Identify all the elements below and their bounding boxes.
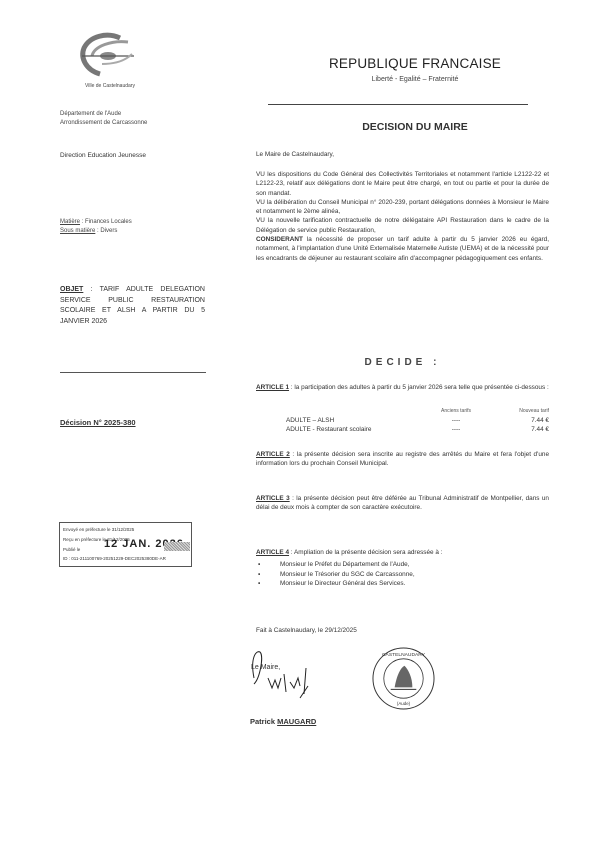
article-4: ARTICLE 4 : Ampliation de la présente dé… xyxy=(256,548,549,557)
list-item: ▪Monsieur le Trésorier du SGC de Carcass… xyxy=(256,570,549,580)
document-title: DECISION DU MAIRE xyxy=(300,121,530,133)
vu-2: VU la délibération du Conseil Municipal … xyxy=(256,198,549,217)
article-2: ARTICLE 2 : la présente décision sera in… xyxy=(256,450,549,469)
tarif-header-old: Anciens tarifs xyxy=(426,408,486,414)
article-2-label: ARTICLE 2 xyxy=(256,451,290,458)
tarif-label: ADULTE - Restaurant scolaire xyxy=(256,426,426,433)
tarif-old: ---- xyxy=(426,417,486,424)
stamp-hatch xyxy=(164,542,190,551)
objet-label: OBJET xyxy=(60,286,83,293)
stamp-id: ID : 011-211100769-20251229-DEC2025380DE… xyxy=(63,554,188,564)
sous-matiere-value: : Divers xyxy=(95,228,117,234)
republic-title: REPUBLIQUE FRANCAISE xyxy=(300,56,530,71)
recipients-list: ▪Monsieur le Préfet du Département de l'… xyxy=(256,560,549,589)
considerations: VU les dispositions du Code Général des … xyxy=(256,170,549,263)
signature-icon xyxy=(248,648,328,708)
svg-text:CASTELNAUDARY: CASTELNAUDARY xyxy=(382,652,426,658)
stamp-sent: Envoyé en préfecture le 31/12/2025 xyxy=(63,525,188,535)
city-logo-icon xyxy=(72,30,142,80)
table-row: ADULTE – ALSH ---- 7.44 € xyxy=(256,416,549,426)
department: Département de l'Aude xyxy=(60,110,147,119)
header-divider xyxy=(268,104,528,105)
bullet-icon: ▪ xyxy=(256,570,280,580)
article-1-text: : la participation des adultes à partir … xyxy=(289,384,549,391)
sous-matiere-label: Sous matière xyxy=(60,228,95,234)
tarif-header-new: Nouveau tarif xyxy=(486,408,549,414)
article-3-label: ARTICLE 3 xyxy=(256,495,290,502)
direction: Direction Education Jeunesse xyxy=(60,152,146,159)
bullet-icon: ▪ xyxy=(256,579,280,589)
bullet-icon: ▪ xyxy=(256,560,280,570)
city-seal-icon: CASTELNAUDARY (Aude) xyxy=(371,646,436,711)
prefecture-stamp: Envoyé en préfecture le 31/12/2025 Reçu … xyxy=(59,522,192,567)
article-4-label: ARTICLE 4 xyxy=(256,549,289,556)
considerant-label: CONSIDERANT xyxy=(256,236,303,243)
considerant: CONSIDERANT la nécessité de proposer un … xyxy=(256,235,549,263)
vu-1: VU les dispositions du Code Général des … xyxy=(256,170,549,198)
tarif-label: ADULTE – ALSH xyxy=(256,417,426,424)
signatory-name: Patrick MAUGARD xyxy=(250,717,316,726)
logo-caption: Ville de Castelnaudary xyxy=(60,83,160,89)
matiere-value: : Finances Locales xyxy=(80,219,132,225)
article-3-text: : la présente décision peut être déférée… xyxy=(256,495,549,511)
subject-block: Matière : Finances Locales Sous matière … xyxy=(60,218,132,236)
svg-text:(Aude): (Aude) xyxy=(397,701,411,706)
decision-number: Décision N° 2025-380 xyxy=(60,418,136,427)
arrondissement: Arrondissement de Carcassonne xyxy=(60,119,147,128)
decide-heading: DECIDE : xyxy=(256,357,549,368)
republic-motto: Liberté - Egalité – Fraternité xyxy=(300,76,530,83)
article-1-label: ARTICLE 1 xyxy=(256,384,289,391)
tarif-table: Anciens tarifs Nouveau tarif ADULTE – AL… xyxy=(256,406,549,435)
article-4-text: : Ampliation de la présente décision ser… xyxy=(289,549,442,556)
article-2-text: : la présente décision sera inscrite au … xyxy=(256,451,549,467)
vu-3: VU la nouvelle tarification contractuell… xyxy=(256,216,549,235)
tarif-new: 7.44 € xyxy=(486,426,549,433)
tarif-new: 7.44 € xyxy=(486,417,549,424)
tarif-header-row: Anciens tarifs Nouveau tarif xyxy=(256,406,549,416)
list-item: ▪Monsieur le Directeur Général des Servi… xyxy=(256,579,549,589)
object-divider xyxy=(60,372,206,373)
department-block: Département de l'Aude Arrondissement de … xyxy=(60,110,147,128)
article-1: ARTICLE 1 : la participation des adultes… xyxy=(256,383,549,392)
article-3: ARTICLE 3 : la présente décision peut êt… xyxy=(256,494,549,513)
place-date: Fait à Castelnaudary, le 29/12/2025 xyxy=(256,627,357,634)
signature-title: Le Maire, xyxy=(251,664,280,671)
tarif-old: ---- xyxy=(426,426,486,433)
intro: Le Maire de Castelnaudary, xyxy=(256,150,549,159)
list-item: ▪Monsieur le Préfet du Département de l'… xyxy=(256,560,549,570)
table-row: ADULTE - Restaurant scolaire ---- 7.44 € xyxy=(256,425,549,435)
matiere-label: Matière xyxy=(60,219,80,225)
object-block: OBJET : TARIF ADULTE DELEGATION SERVICE … xyxy=(60,285,205,327)
